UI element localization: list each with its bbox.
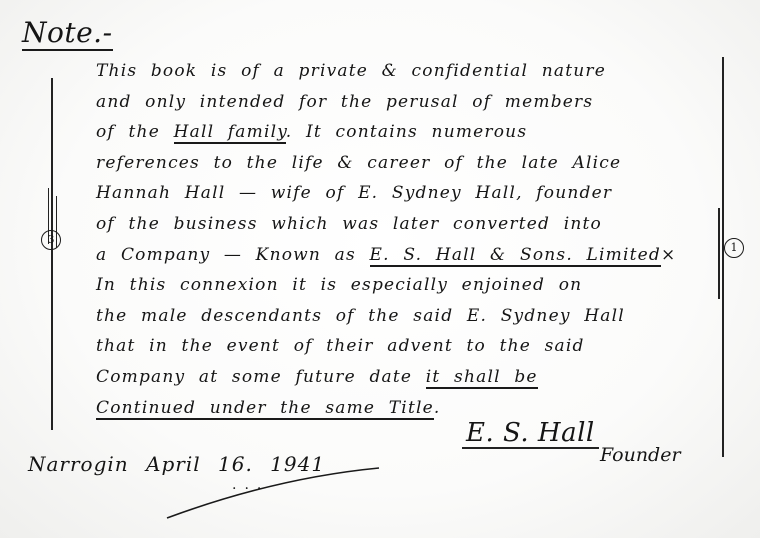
note-line: that in the event of their advent to the… — [96, 331, 696, 362]
place: Narrogin — [28, 452, 129, 476]
note-line: and only intended for the perusal of mem… — [96, 87, 696, 118]
note-line: of the Hall family. It contains numerous — [96, 117, 696, 148]
flourish-stroke — [165, 466, 395, 526]
handwritten-note-page: Note.- 3 1 This book is of a private & c… — [0, 0, 760, 538]
note-line: the male descendants of the said E. Sydn… — [96, 301, 696, 332]
line-text: references to the life & career of the l… — [96, 153, 621, 173]
right-margin-rule-accent — [718, 208, 720, 299]
line-text: In this connexion it is especially enjoi… — [96, 275, 582, 295]
note-line: Company at some future date it shall be — [96, 362, 696, 393]
note-line: This book is of a private & confidential… — [96, 56, 696, 87]
line-text: . It contains numerous — [286, 122, 527, 142]
line-text: of the business which was later converte… — [96, 214, 602, 234]
signature: E. S. Hall — [462, 419, 599, 449]
right-margin-rule — [722, 57, 724, 457]
left-margin-circled-mark: 3 — [41, 230, 61, 250]
line-text: × — [661, 245, 676, 265]
line-text: of the — [96, 122, 174, 142]
underlined-text: E. S. Hall & Sons. Limited — [370, 245, 661, 267]
note-line: Continued under the same Title. — [96, 393, 696, 424]
line-text: This book is of a private & confidential… — [96, 61, 606, 81]
signature-block: E. S. Hall — [462, 418, 599, 449]
signature-role: Founder — [600, 444, 681, 466]
line-text: . — [434, 398, 441, 418]
right-margin-circled-mark: 1 — [724, 238, 744, 258]
underlined-text: Hall family — [174, 122, 286, 144]
line-text: the male descendants of the said E. Sydn… — [96, 306, 625, 326]
note-line: references to the life & career of the l… — [96, 148, 696, 179]
line-text: that in the event of their advent to the… — [96, 336, 585, 356]
underlined-text: it shall be — [426, 367, 538, 389]
line-text: Hannah Hall — wife of E. Sydney Hall, fo… — [96, 183, 612, 203]
note-line: In this connexion it is especially enjoi… — [96, 270, 696, 301]
line-text: a Company — Known as — [96, 245, 370, 265]
note-body: This book is of a private & confidential… — [96, 56, 696, 423]
line-text: and only intended for the perusal of mem… — [96, 92, 593, 112]
note-line: a Company — Known as E. S. Hall & Sons. … — [96, 240, 696, 271]
underlined-text: Continued under the same Title — [96, 398, 434, 420]
left-margin-rule — [51, 78, 53, 430]
note-line: of the business which was later converte… — [96, 209, 696, 240]
line-text: Company at some future date — [96, 367, 426, 387]
note-heading: Note.- — [22, 18, 113, 51]
note-line: Hannah Hall — wife of E. Sydney Hall, fo… — [96, 178, 696, 209]
